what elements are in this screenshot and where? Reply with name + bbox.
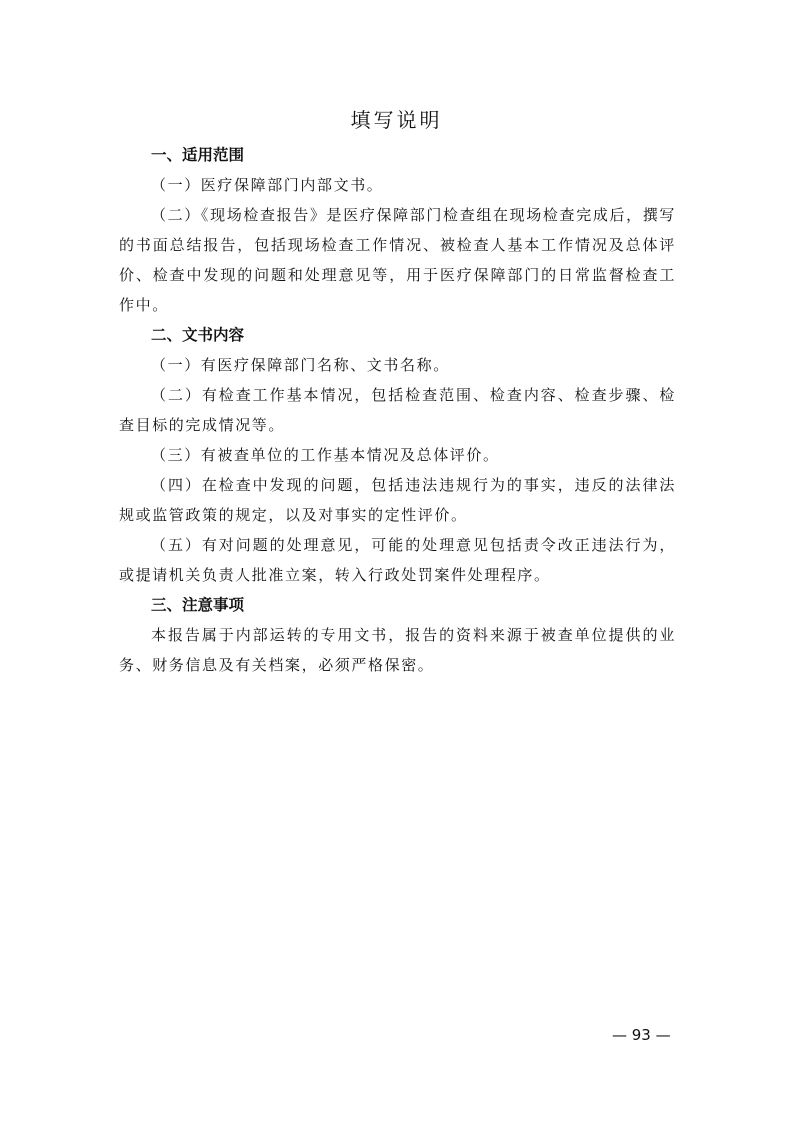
paragraph: （一）有医疗保障部门名称、文书名称。	[119, 350, 676, 380]
paragraph: （三）有被查单位的工作基本情况及总体评价。	[119, 440, 676, 470]
paragraph: 本报告属于内部运转的专用文书，报告的资料来源于被查单位提供的业务、财务信息及有关…	[119, 620, 676, 680]
paragraph: （二）《现场检查报告》是医疗保障部门检查组在现场检查完成后，撰写的书面总结报告，…	[119, 200, 676, 320]
document-title: 填写说明	[0, 104, 793, 133]
paragraph: （四）在检查中发现的问题，包括违法违规行为的事实，违反的法律法规或监管政策的规定…	[119, 470, 676, 530]
page-number: — 93 —	[612, 1026, 671, 1044]
document-body: 一、适用范围 （一）医疗保障部门内部文书。 （二）《现场检查报告》是医疗保障部门…	[119, 140, 676, 680]
section-content: 二、文书内容 （一）有医疗保障部门名称、文书名称。 （二）有检查工作基本情况，包…	[119, 320, 676, 590]
paragraph: （五）有对问题的处理意见，可能的处理意见包括责令改正违法行为，或提请机关负责人批…	[119, 530, 676, 590]
paragraph: （一）医疗保障部门内部文书。	[119, 170, 676, 200]
section-heading: 三、注意事项	[151, 590, 676, 620]
paragraph: （二）有检查工作基本情况，包括检查范围、检查内容、检查步骤、检查目标的完成情况等…	[119, 380, 676, 440]
section-heading: 一、适用范围	[151, 140, 676, 170]
section-scope: 一、适用范围 （一）医疗保障部门内部文书。 （二）《现场检查报告》是医疗保障部门…	[119, 140, 676, 320]
section-notes: 三、注意事项 本报告属于内部运转的专用文书，报告的资料来源于被查单位提供的业务、…	[119, 590, 676, 680]
section-heading: 二、文书内容	[151, 320, 676, 350]
